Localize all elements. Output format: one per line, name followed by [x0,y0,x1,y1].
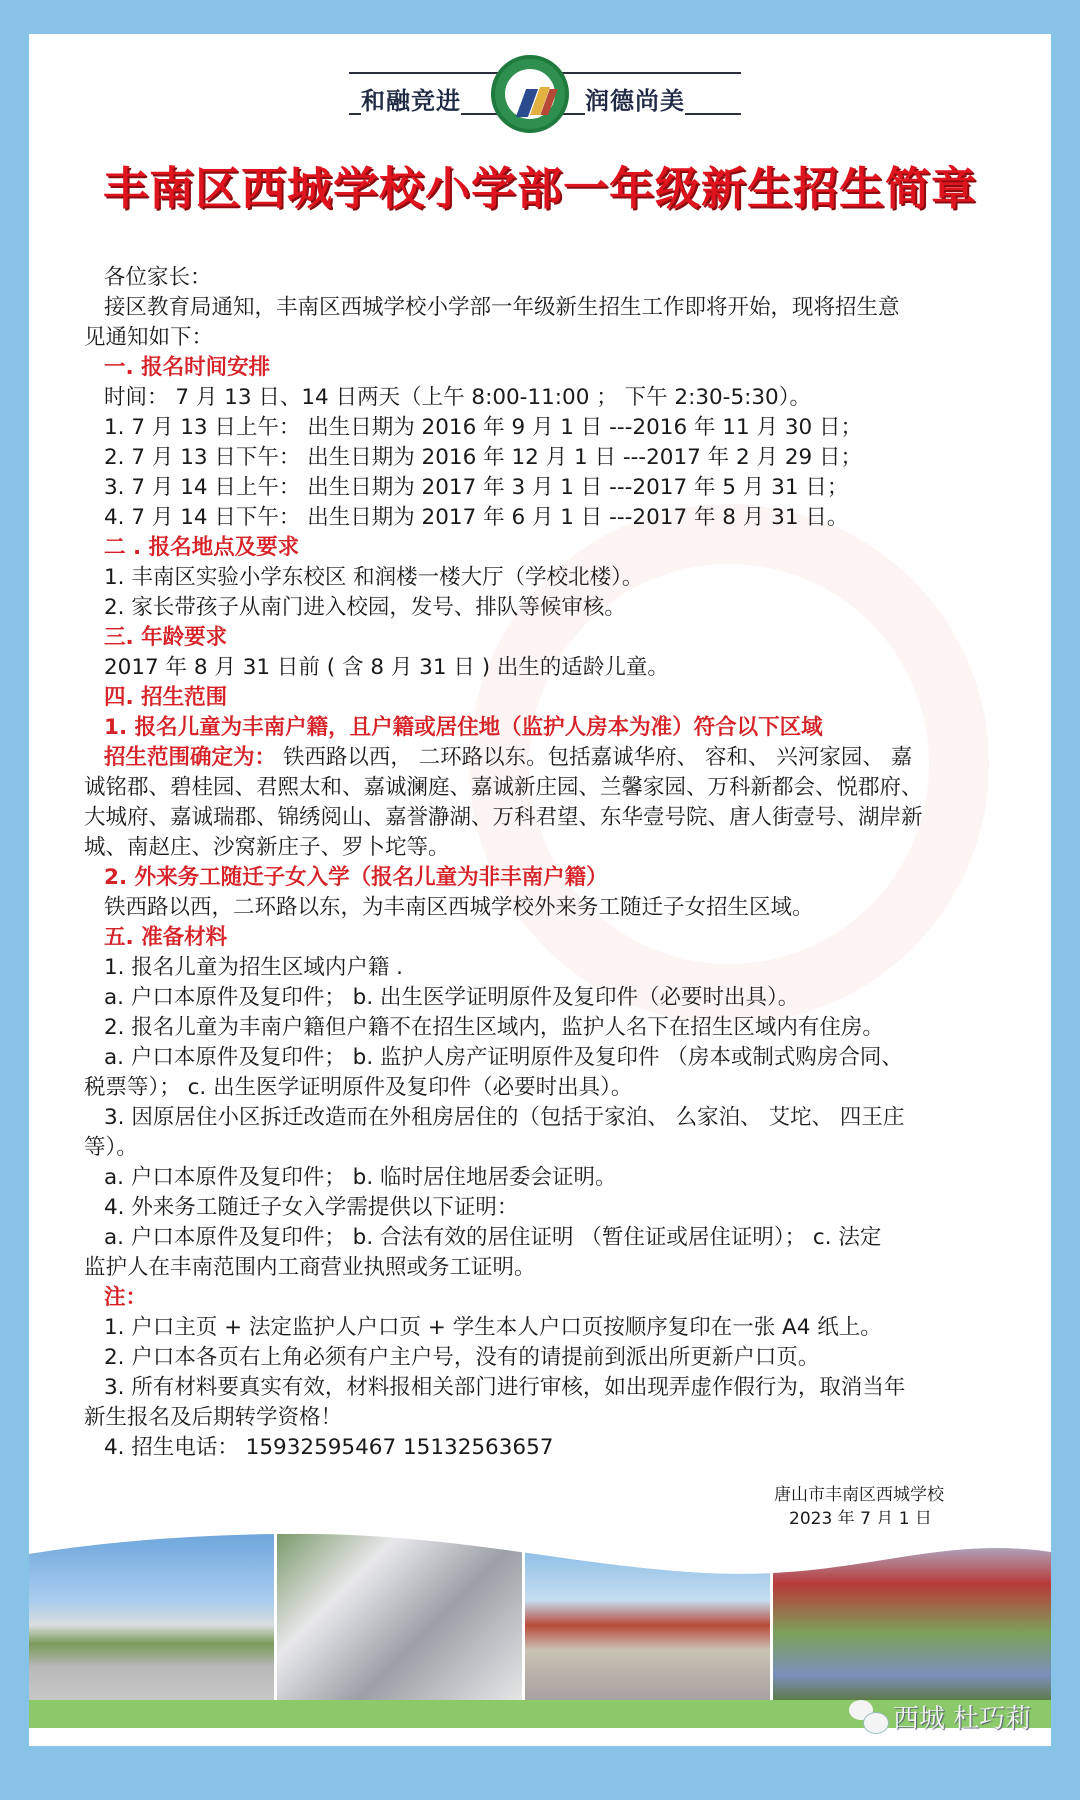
section-2-heading: 二 . 报名地点及要求 [104,534,299,562]
motto-left: 和融竞进 [361,81,461,116]
scope-sub1-line-4: 城、南赵庄、沙窝新庄子、罗卜坨等。 [84,834,450,862]
section-3-heading: 三. 年龄要求 [104,624,227,652]
wechat-icon [849,1700,889,1734]
note-line: 新生报名及后期转学资格！ [84,1404,342,1432]
section-1-heading: 一. 报名时间安排 [104,354,270,382]
materials-line: a. 户口本原件及复印件； b. 临时居住地居委会证明。 [104,1164,617,1192]
materials-line: a. 户口本原件及复印件； b. 合法有效的居住证明 （暂住证或居住证明）； c… [104,1224,881,1252]
scope-sub1-heading: 1. 报名儿童为丰南户籍，且户籍或居住地（监护人房本为准）符合以下区域 [104,714,823,742]
materials-line: 2. 报名儿童为丰南户籍但户籍不在招生区域内，监护人名下在招生区域内有住房。 [104,1014,884,1042]
scope-sub1-line-2: 诚铭郡、碧桂园、君熙太和、嘉诚澜庭、嘉诚新庄园、兰馨家园、万科新都会、悦郡府、 [84,774,923,802]
materials-line: 3. 因原居住小区拆迁改造而在外租房居住的（包括于家泊、 么家泊、 艾坨、 四王… [104,1104,904,1132]
location-item: 1. 丰南区实验小学东校区 和润楼一楼大厅（学校北楼）。 [104,564,643,592]
scope-label: 招生范围确定为： [104,745,276,770]
materials-line: 1. 报名儿童为招生区域内户籍 . [104,954,403,982]
page-title: 丰南区西城学校小学部一年级新生招生简章 [29,152,1051,217]
school-emblem-icon [491,55,569,133]
location-item: 2. 家长带孩子从南门进入校园，发号、排队等候审核。 [104,594,626,622]
section-5-heading: 五. 准备材料 [104,924,227,952]
signature-org: 唐山市丰南区西城学校 [774,1480,944,1505]
notes-heading: 注： [104,1284,147,1312]
materials-line: 税票等）； c. 出生医学证明原件及复印件（必要时出具）。 [84,1074,632,1102]
wechat-account-name: 西城 杜巧莉 [893,1698,1031,1735]
materials-line: a. 户口本原件及复印件； b. 监护人房产证明原件及复印件 （房本或制式购房合… [104,1044,903,1072]
scope-sub1-line-3: 大城府、嘉诚瑞郡、锦绣阅山、嘉誉瀞湖、万科君望、东华壹号院、唐人街壹号、湖岸新 [84,804,923,832]
schedule-item: 4. 7 月 14 日下午： 出生日期为 2017 年 6 月 1 日 ---2… [104,504,848,532]
note-line: 1. 户口主页 + 法定监护人户口页 + 学生本人户口页按顺序复印在一张 A4 … [104,1314,882,1342]
schedule-time: 时间： 7 月 13 日、14 日两天（上午 8:00-11:00 ； 下午 2… [104,384,811,412]
intro-line-1: 接区教育局通知，丰南区西城学校小学部一年级新生招生工作即将开始，现将招生意 [104,294,900,322]
schedule-item: 2. 7 月 13 日下午： 出生日期为 2016 年 12 月 1 日 ---… [104,444,862,472]
motto-right: 润德尚美 [585,81,685,116]
note-line: 3. 所有材料要真实有效，材料报相关部门进行审核，如出现弄虚作假行为，取消当年 [104,1374,905,1402]
schedule-item: 3. 7 月 14 日上午： 出生日期为 2017 年 3 月 1 日 ---2… [104,474,848,502]
scope-text: 铁西路以西， 二环路以东。包括嘉诚华府、 容和、 兴河家园、 嘉 [276,745,912,770]
scope-sub2-text: 铁西路以西，二环路以东，为丰南区西城学校外来务工随迁子女招生区域。 [104,894,814,922]
note-line: 4. 招生电话： 15932595467 15132563657 [104,1434,553,1462]
materials-line: a. 户口本原件及复印件； b. 出生医学证明原件及复印件（必要时出具）。 [104,984,799,1012]
schedule-item: 1. 7 月 13 日上午： 出生日期为 2016 年 9 月 1 日 ---2… [104,414,862,442]
age-requirement: 2017 年 8 月 31 日前 ( 含 8 月 31 日 ) 出生的适龄儿童。 [104,654,669,682]
section-4-heading: 四. 招生范围 [104,684,227,712]
materials-line: 等）。 [84,1134,138,1162]
materials-line: 4. 外来务工随迁子女入学需提供以下证明： [104,1194,518,1222]
poster: 和融竞进 润德尚美 丰南区西城学校小学部一年级新生招生简章 各位家长： 接区教育… [29,34,1051,1746]
wave-decoration [29,1524,1051,1594]
wechat-watermark: 西城 杜巧莉 [849,1698,1031,1735]
scope-sub2-heading: 2. 外来务工随迁子女入学（报名儿童为非丰南户籍） [104,864,608,892]
note-line: 2. 户口本各页右上角必须有户主户号，没有的请提前到派出所更新户口页。 [104,1344,819,1372]
scope-sub1-line-1: 招生范围确定为： 铁西路以西， 二环路以东。包括嘉诚华府、 容和、 兴河家园、 … [104,744,912,772]
salutation: 各位家长： [104,264,212,292]
materials-line: 监护人在丰南范围内工商营业执照或务工证明。 [84,1254,536,1282]
intro-line-2: 见通知如下： [84,324,213,352]
